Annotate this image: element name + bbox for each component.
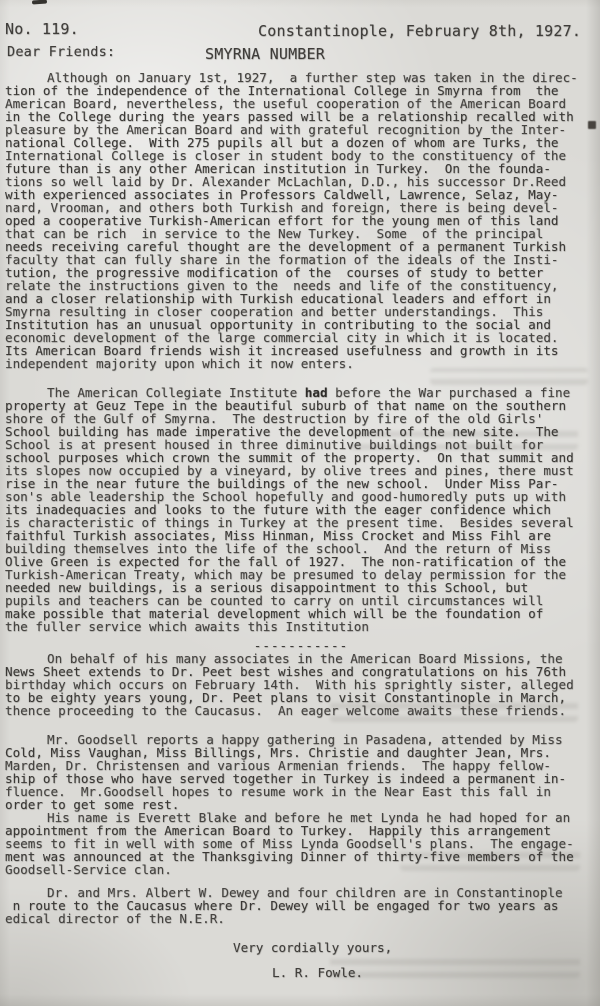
salutation: Dear Friends: xyxy=(7,44,115,60)
paragraph: The American Collegiate Institute had be… xyxy=(5,386,597,633)
paragraph: Mr. Goodsell reports a happy gathering i… xyxy=(5,733,597,811)
ink-smudge-mark xyxy=(32,0,47,5)
letter-page: No. 119. Constantinople, February 8th, 1… xyxy=(0,0,600,1006)
paragraph: His name is Everett Blake and before he … xyxy=(5,811,597,876)
paragraph: Although on January 1st, 1927, a further… xyxy=(5,71,597,370)
paragraph: On behalf of his many associates in the … xyxy=(5,652,597,717)
closing: Very cordially yours, xyxy=(5,941,597,954)
text-line: edical director of the N.E.R. xyxy=(5,912,597,925)
document-title: SMYRNA NUMBER xyxy=(205,45,325,63)
letter-body: Although on January 1st, 1927, a further… xyxy=(5,71,597,979)
paragraph: Dr. and Mrs. Albert W. Dewey and four ch… xyxy=(5,886,597,925)
dateline: Constantinople, February 8th, 1927. xyxy=(258,22,581,40)
text-line: independent majority upon which it now e… xyxy=(5,357,597,370)
text-line: Goodsell-Service clan. xyxy=(5,863,597,876)
text-line: the fuller service which awaits this Ins… xyxy=(5,620,597,633)
signature: L. R. Fowle. xyxy=(5,966,597,979)
document-number: No. 119. xyxy=(5,20,79,38)
text-line: thence proceeding to the Caucasus. An ea… xyxy=(5,704,597,717)
